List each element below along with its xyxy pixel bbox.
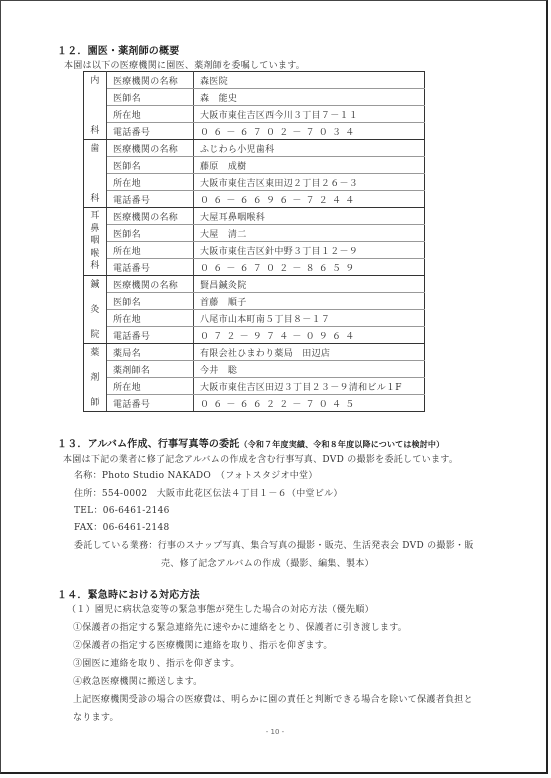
category-cell: 薬剤師 — [84, 344, 107, 412]
field-value: 藤原 成樹 — [194, 157, 425, 174]
table-row: 電話番号０６－６７０２－７０３４ — [84, 123, 425, 140]
field-value: 森医院 — [194, 72, 425, 89]
field-value: 有限会社ひまわり薬局 田辺店 — [194, 344, 425, 361]
page-number: - 10 - — [1, 728, 549, 736]
field-value: ０６－６６９６－７２４４ — [194, 191, 425, 208]
field-label: 電話番号 — [107, 123, 194, 140]
category-cell: 内科 — [84, 72, 107, 140]
table-row: 薬剤師名今井 聡 — [84, 361, 425, 378]
section-12-heading: １２．園医・薬剤師の概要 — [57, 42, 179, 57]
table-row: 電話番号０６－６６９６－７２４４ — [84, 191, 425, 208]
category-char: 灸 — [90, 305, 99, 315]
field-label: 医療機関の名称 — [107, 208, 194, 225]
category-char: 咽 — [90, 235, 99, 248]
vendor-services-line1: 委託している業務：行事のスナップ写真、集合写真の撮影・販売、生活発表会 DVD … — [74, 538, 474, 551]
vendor-name: 名称：Photo Studio NAKADO （フォトスタジオ中堂） — [74, 468, 318, 481]
category-char: 喉 — [90, 248, 99, 261]
category-char: 科 — [90, 194, 99, 204]
vendor-fax: FAX：06-6461-2148 — [74, 520, 170, 533]
category-char: 科 — [90, 126, 99, 136]
field-value: 大阪市東住吉区針中野３丁目１２－９ — [194, 242, 425, 259]
emergency-step-1: ①保護者の指定する緊急連絡先に速やかに連絡をとり、保護者に引き渡します。 — [73, 620, 407, 633]
field-label: 医療機関の名称 — [107, 140, 194, 157]
field-value: 大阪市東住吉区西今川３丁目７－１１ — [194, 106, 425, 123]
table-row: 医師名森 能史 — [84, 89, 425, 106]
field-value: ０７２－９７４－０９６４ — [194, 327, 425, 344]
section-13-title: １３．アルバム作成、行事写真等の委託 — [57, 439, 240, 450]
table-row: 耳鼻咽喉科医療機関の名称大屋耳鼻咽喉科 — [84, 208, 425, 225]
medical-cost-note-line2: なります。 — [73, 710, 119, 723]
field-value: ０６－６６２２－７０４５ — [194, 395, 425, 412]
table-row: 内科医療機関の名称森医院 — [84, 72, 425, 89]
category-char: 歯 — [90, 144, 99, 154]
category-char: 耳 — [90, 210, 99, 223]
table-row: 薬剤師薬局名有限会社ひまわり薬局 田辺店 — [84, 344, 425, 361]
medical-cost-note-line1: 上記医療機関受診の場合の医療費は、明らかに園の責任と判断できる場合を除いて保護者… — [73, 692, 473, 705]
vendor-tel: TEL：06-6461-2146 — [74, 503, 170, 516]
category-char: 院 — [90, 330, 99, 340]
field-label: 電話番号 — [107, 259, 194, 276]
field-label: 医師名 — [107, 293, 194, 310]
field-label: 所在地 — [107, 310, 194, 327]
field-label: 医師名 — [107, 157, 194, 174]
category-char: 鍼 — [90, 280, 99, 290]
table-row: 所在地大阪市東住吉区西今川３丁目７－１１ — [84, 106, 425, 123]
table-row: 所在地大阪市東住吉区針中野３丁目１２－９ — [84, 242, 425, 259]
emergency-step-4: ④救急医療機関に搬送します。 — [73, 674, 202, 687]
field-value: 大阪市東住吉区東田辺２丁目２６－３ — [194, 174, 425, 191]
emergency-step-2: ②保護者の指定する医療機関に連絡を取り、指示を仰ぎます。 — [73, 638, 333, 651]
field-value: 大屋 清二 — [194, 225, 425, 242]
field-label: 所在地 — [107, 174, 194, 191]
section-12-intro: 本園は以下の医療機関に園医、薬剤師を委嘱しています。 — [64, 58, 305, 71]
field-label: 医療機関の名称 — [107, 276, 194, 293]
table-row: 電話番号０６－６７０２－８６５９ — [84, 259, 425, 276]
category-char: 内 — [90, 76, 99, 86]
category-char: 師 — [90, 398, 99, 408]
field-value: ０６－６７０２－７０３４ — [194, 123, 425, 140]
table-row: 医師名藤原 成樹 — [84, 157, 425, 174]
table-row: 歯科医療機関の名称ふじわら小児歯科 — [84, 140, 425, 157]
field-label: 薬局名 — [107, 344, 194, 361]
vendor-services-line2: 売、修了記念アルバムの作成（撮影、編集、製本） — [161, 556, 374, 569]
table-row: 電話番号０７２－９７４－０９６４ — [84, 327, 425, 344]
category-char: 薬 — [90, 348, 99, 358]
table-row: 鍼灸院医療機関の名称賢昌鍼灸院 — [84, 276, 425, 293]
field-label: 医療機関の名称 — [107, 72, 194, 89]
category-char: 科 — [90, 260, 99, 273]
section-13-note: （令和７年度実績、令和８年度以降については検討中） — [240, 440, 445, 449]
field-value: ０６－６７０２－８６５９ — [194, 259, 425, 276]
field-label: 薬剤師名 — [107, 361, 194, 378]
field-value: 森 能史 — [194, 89, 425, 106]
field-value: 今井 聡 — [194, 361, 425, 378]
field-label: 医師名 — [107, 225, 194, 242]
field-label: 所在地 — [107, 242, 194, 259]
vendor-address: 住所：554-0002 大阪市此花区伝法４丁目１－６（中堂ビル） — [74, 486, 343, 499]
table-row: 所在地大阪市東住吉区田辺３丁目２３－９清和ビル１F — [84, 378, 425, 395]
field-value: ふじわら小児歯科 — [194, 140, 425, 157]
section-13-heading: １３．アルバム作成、行事写真等の委託（令和７年度実績、令和８年度以降については検… — [57, 435, 444, 450]
table-row: 医師名大屋 清二 — [84, 225, 425, 242]
field-value: 首藤 順子 — [194, 293, 425, 310]
field-value: 賢昌鍼灸院 — [194, 276, 425, 293]
category-char: 剤 — [90, 373, 99, 383]
field-label: 所在地 — [107, 106, 194, 123]
medical-institutions-table: 内科医療機関の名称森医院医師名森 能史所在地大阪市東住吉区西今川３丁目７－１１電… — [83, 71, 425, 412]
category-cell: 耳鼻咽喉科 — [84, 208, 107, 276]
section-13-intro: 本園は下記の業者に修了記念アルバムの作成を含む行事写真、DVD の撮影を委託して… — [63, 452, 458, 465]
table-row: 電話番号０６－６６２２－７０４５ — [84, 395, 425, 412]
section-14-heading: １４．緊急時における対応方法 — [57, 586, 200, 601]
field-label: 電話番号 — [107, 191, 194, 208]
table-row: 医師名首藤 順子 — [84, 293, 425, 310]
field-value: 八尾市山本町南５丁目８－１７ — [194, 310, 425, 327]
category-cell: 鍼灸院 — [84, 276, 107, 344]
category-char: 鼻 — [90, 223, 99, 236]
category-cell: 歯科 — [84, 140, 107, 208]
field-value: 大屋耳鼻咽喉科 — [194, 208, 425, 225]
field-label: 医師名 — [107, 89, 194, 106]
section-14-sub1: （１）園児に病状急変等の緊急事態が発生した場合の対応方法（優先順） — [67, 602, 374, 615]
table-row: 所在地八尾市山本町南５丁目８－１７ — [84, 310, 425, 327]
field-value: 大阪市東住吉区田辺３丁目２３－９清和ビル１F — [194, 378, 425, 395]
field-label: 所在地 — [107, 378, 194, 395]
field-label: 電話番号 — [107, 395, 194, 412]
field-label: 電話番号 — [107, 327, 194, 344]
emergency-step-3: ③園医に連絡を取り、指示を仰ぎます。 — [73, 656, 240, 669]
document-page: １２．園医・薬剤師の概要 本園は以下の医療機関に園医、薬剤師を委嘱しています。 … — [0, 0, 548, 774]
table-row: 所在地大阪市東住吉区東田辺２丁目２６－３ — [84, 174, 425, 191]
